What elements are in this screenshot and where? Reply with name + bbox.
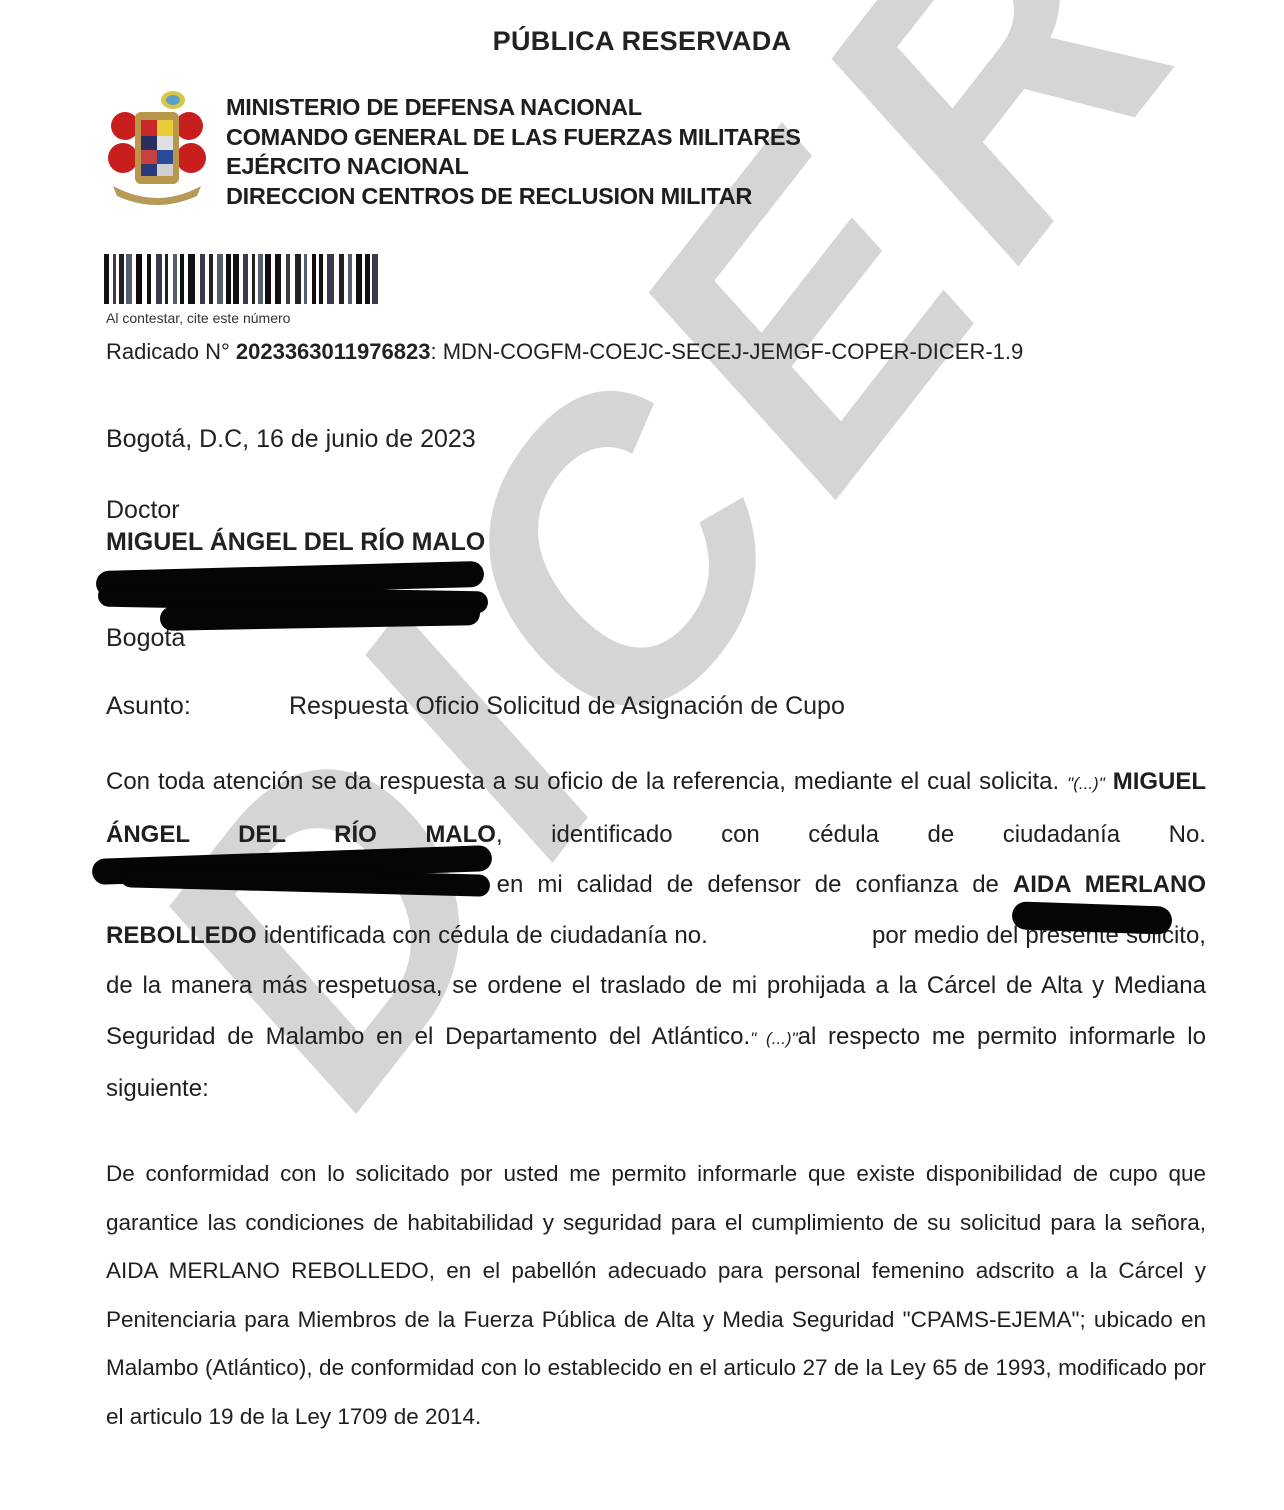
paragraph-text: , identificado con cédula de ciudadanía … [496, 821, 1206, 848]
recipient-name: MIGUEL ÁNGEL DEL RÍO MALO [106, 526, 485, 558]
paragraph-text: , en mi calidad de defensor de confianza… [476, 871, 999, 898]
subject-line: Asunto: Respuesta Oficio Solicitud de As… [106, 692, 845, 721]
paragraph-response: De conformidad con lo solicitado por ust… [106, 1150, 1206, 1441]
paragraph-request: Con toda atención se da respuesta a su o… [106, 757, 1206, 1115]
redaction-mark [1012, 901, 1173, 935]
classification-label: PÚBLICA RESERVADA [0, 26, 1284, 57]
barcode [104, 254, 644, 304]
paragraph-text: Con toda atención se da respuesta a su o… [106, 768, 1059, 795]
radicado-number: 2023363011976823: [236, 339, 437, 364]
barcode-note: Al contestar, cite este número [106, 310, 290, 326]
letterhead-line: MINISTERIO DE DEFENSA NACIONAL [226, 93, 801, 123]
letterhead-line: EJÉRCITO NACIONAL [226, 152, 801, 182]
paragraph-text: De conformidad con lo solicitado por ust… [106, 1150, 1206, 1441]
paragraph-text: identificada con cédula de ciudadanía no… [257, 922, 708, 949]
radicado-line: Radicado N° 2023363011976823: MDN-COGFM-… [106, 338, 1146, 366]
radicado-label: Radicado N° [106, 339, 230, 364]
coat-of-arms-icon [105, 86, 209, 210]
letterhead-line: DIRECCION CENTROS DE RECLUSION MILITAR [226, 182, 801, 212]
subject-text: Respuesta Oficio Solicitud de Asignación… [289, 692, 845, 720]
quote-mark: " (...)" [750, 1029, 797, 1048]
quote-mark: "(...)" [1067, 774, 1105, 793]
date-line: Bogotá, D.C, 16 de junio de 2023 [106, 425, 476, 454]
radicado-code: MDN-COGFM-COEJC-SECEJ-JEMGF-COPER-DICER-… [443, 339, 1024, 364]
subject-label: Asunto: [106, 692, 282, 721]
letterhead-line: COMANDO GENERAL DE LAS FUERZAS MILITARES [226, 123, 801, 153]
recipient-title: Doctor [106, 494, 485, 526]
letterhead: MINISTERIO DE DEFENSA NACIONAL COMANDO G… [226, 93, 801, 211]
